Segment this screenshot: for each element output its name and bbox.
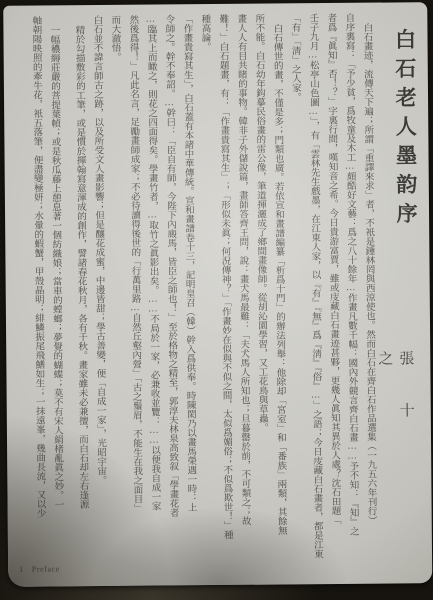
- photo-background: 白石老人墨韵序 張十之 白石畫迹，流傳天下遍；所謂「重譯來求」者，不衹是鍾林罔與…: [0, 0, 433, 600]
- footer-page-number: 1: [19, 565, 24, 574]
- preface-text: 白石畫迹，流傳天下遍；所謂「重譯來求」者，不衹是鍾林罔與西涼使也。然而白石在齊白…: [26, 13, 380, 578]
- author-name: 張十之: [374, 350, 417, 480]
- page-footer: 1Preface: [19, 564, 60, 573]
- book-page: 白石老人墨韵序 張十之 白石畫迹，流傳天下遍；所謂「重譯來求」者，不衹是鍾林罔與…: [3, 2, 432, 587]
- preface-title: 白石老人墨韵序: [389, 28, 421, 258]
- footer-label: Preface: [32, 564, 60, 573]
